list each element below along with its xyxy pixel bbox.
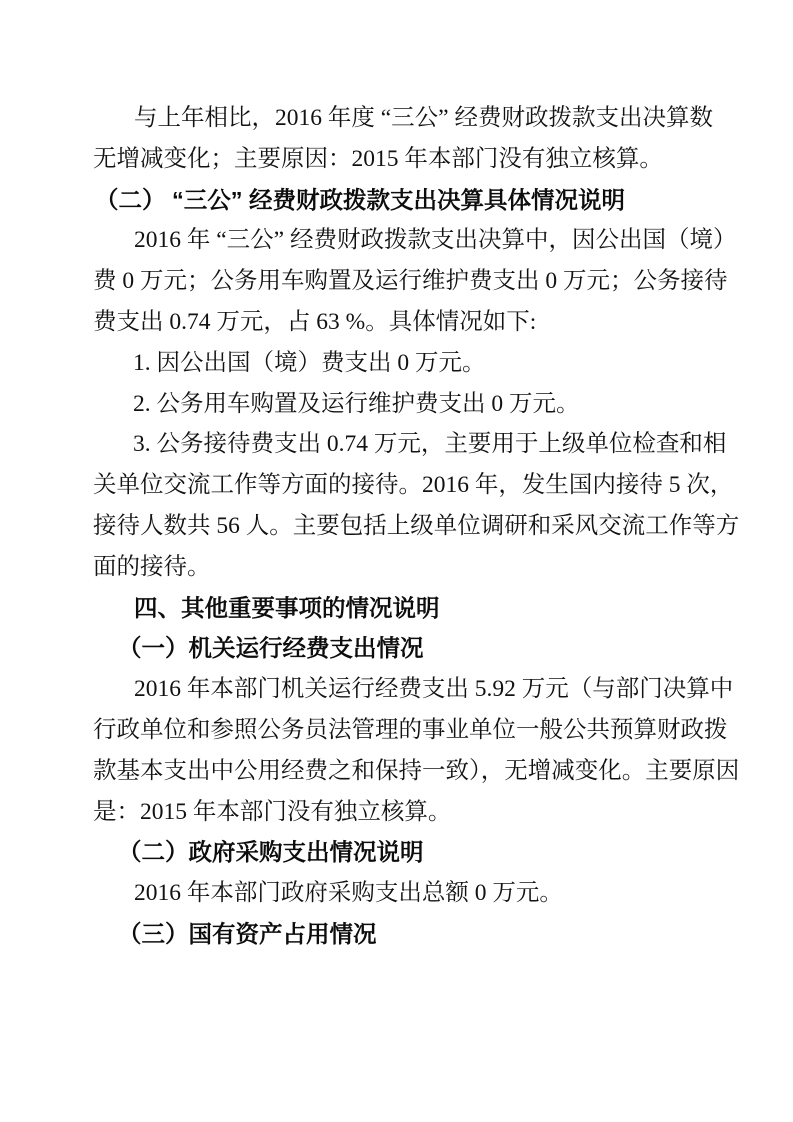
paragraph-line: 关单位交流工作等方面的接待。2016 年，发生国内接待 5 次， bbox=[93, 465, 753, 506]
heading-operating-expense: （一）机关运行经费支出情况 bbox=[93, 628, 753, 669]
paragraph-line: 行政单位和参照公务员法管理的事业单位一般公共预算财政拨 bbox=[93, 710, 753, 751]
paragraph-line: 无增减变化；主要原因：2015 年本部门没有独立核算。 bbox=[93, 139, 753, 180]
list-item-reception-expense: 3. 公务接待费支出 0.74 万元，主要用于上级单位检查和相 bbox=[93, 424, 753, 465]
heading-sangong-detail: （二） “三公” 经费财政拨款支出决算具体情况说明 bbox=[93, 180, 753, 221]
paragraph-line: 接待人数共 56 人。主要包括上级单位调研和采风交流工作等方 bbox=[93, 506, 753, 547]
heading-gov-procurement: （二）政府采购支出情况说明 bbox=[93, 832, 753, 873]
document-page: 与上年相比，2016 年度 “三公” 经费财政拨款支出决算数 无增减变化；主要原… bbox=[0, 0, 793, 1122]
paragraph-line: 款基本支出中公用经费之和保持一致），无增减变化。主要原因 bbox=[93, 751, 753, 792]
document-body: 与上年相比，2016 年度 “三公” 经费财政拨款支出决算数 无增减变化；主要原… bbox=[93, 98, 753, 955]
paragraph-line: 2016 年 “三公” 经费财政拨款支出决算中，因公出国（境） bbox=[93, 220, 753, 261]
paragraph-line: 是：2015 年本部门没有独立核算。 bbox=[93, 792, 753, 833]
paragraph-line: 与上年相比，2016 年度 “三公” 经费财政拨款支出决算数 bbox=[93, 98, 753, 139]
heading-state-assets: （三）国有资产占用情况 bbox=[93, 914, 753, 955]
paragraph-line: 2016 年本部门机关运行经费支出 5.92 万元（与部门决算中 bbox=[93, 669, 753, 710]
list-item-abroad-expense: 1. 因公出国（境）费支出 0 万元。 bbox=[93, 343, 753, 384]
paragraph-line: 2016 年本部门政府采购支出总额 0 万元。 bbox=[93, 873, 753, 914]
heading-section-4: 四、其他重要事项的情况说明 bbox=[93, 588, 753, 629]
paragraph-line: 面的接待。 bbox=[93, 547, 753, 588]
paragraph-line: 费支出 0.74 万元，占 63 %。具体情况如下: bbox=[93, 302, 753, 343]
list-item-vehicle-expense: 2. 公务用车购置及运行维护费支出 0 万元。 bbox=[93, 384, 753, 425]
paragraph-line: 费 0 万元；公务用车购置及运行维护费支出 0 万元；公务接待 bbox=[93, 261, 753, 302]
